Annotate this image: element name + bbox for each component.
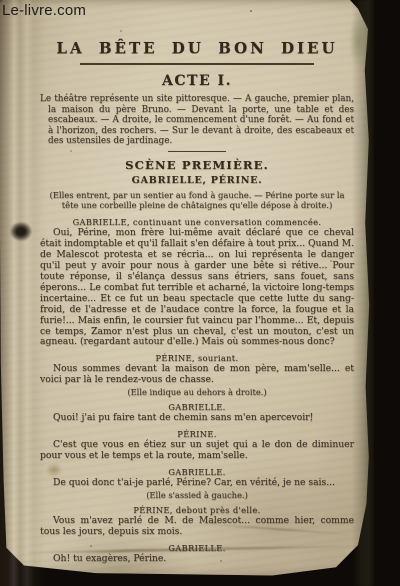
title-rule — [80, 63, 314, 65]
dialogue-text: Oui, Périne, mon frère lui-même avait dé… — [40, 228, 354, 348]
stage-note: (Elle s'assied à gauche.) — [40, 490, 354, 500]
dialogue-speaker: PÉRINE, debout près d'elle. — [40, 505, 354, 515]
play-title: LA BÊTE DU BON DIEU — [40, 40, 354, 57]
dialogue-text: Oh! tu exagères, Périne. — [40, 554, 354, 565]
dialogue-speaker: GABRIELLE. — [40, 543, 354, 553]
dialogue-speaker: PÉRINE, souriant. — [40, 353, 354, 363]
dialogue-speaker: GABRIELLE. — [40, 467, 354, 477]
scene-heading: SCÈNE PREMIÈRE. — [40, 158, 354, 172]
entrance-note: (Elles entrent, par un sentier au fond à… — [40, 190, 354, 210]
stage-note: (Elle indique au dehors à droite.) — [40, 387, 354, 397]
ink-stain — [9, 221, 33, 242]
page-block-edge — [352, 0, 374, 586]
dialogue-text: Nous sommes devant la maison de mon père… — [40, 364, 354, 386]
dialogue-speaker: PÉRINE. — [40, 429, 354, 439]
printed-text-column: LA BÊTE DU BON DIEU ACTE I. Le théâtre r… — [40, 40, 354, 565]
dialogue-speaker: GABRIELLE, continuant une conversation c… — [40, 217, 354, 227]
book-photo: Le-livre.com LA BÊTE DU BON DIEU ACTE I.… — [0, 0, 400, 586]
watermark-text: Le-livre.com — [2, 2, 86, 19]
scene-characters: GABRIELLE, PÉRINE. — [40, 175, 354, 186]
act-heading: ACTE I. — [40, 73, 354, 89]
dialogue-text: Quoi! j'ai pu faire tant de chemin sans … — [40, 413, 354, 424]
dialogue-text: C'est que vous en étiez sur un sujet qui… — [40, 440, 354, 462]
dialogue-speaker: GABRIELLE. — [40, 402, 354, 412]
dialogue-text: Vous m'avez parlé de M. de Malescot... c… — [40, 516, 354, 538]
dialogue-text: De quoi donc t'ai-je parlé, Périne? Car,… — [40, 478, 354, 489]
stage-setting: Le théâtre représente un site pittoresqu… — [40, 94, 354, 147]
section-rule — [168, 151, 226, 152]
